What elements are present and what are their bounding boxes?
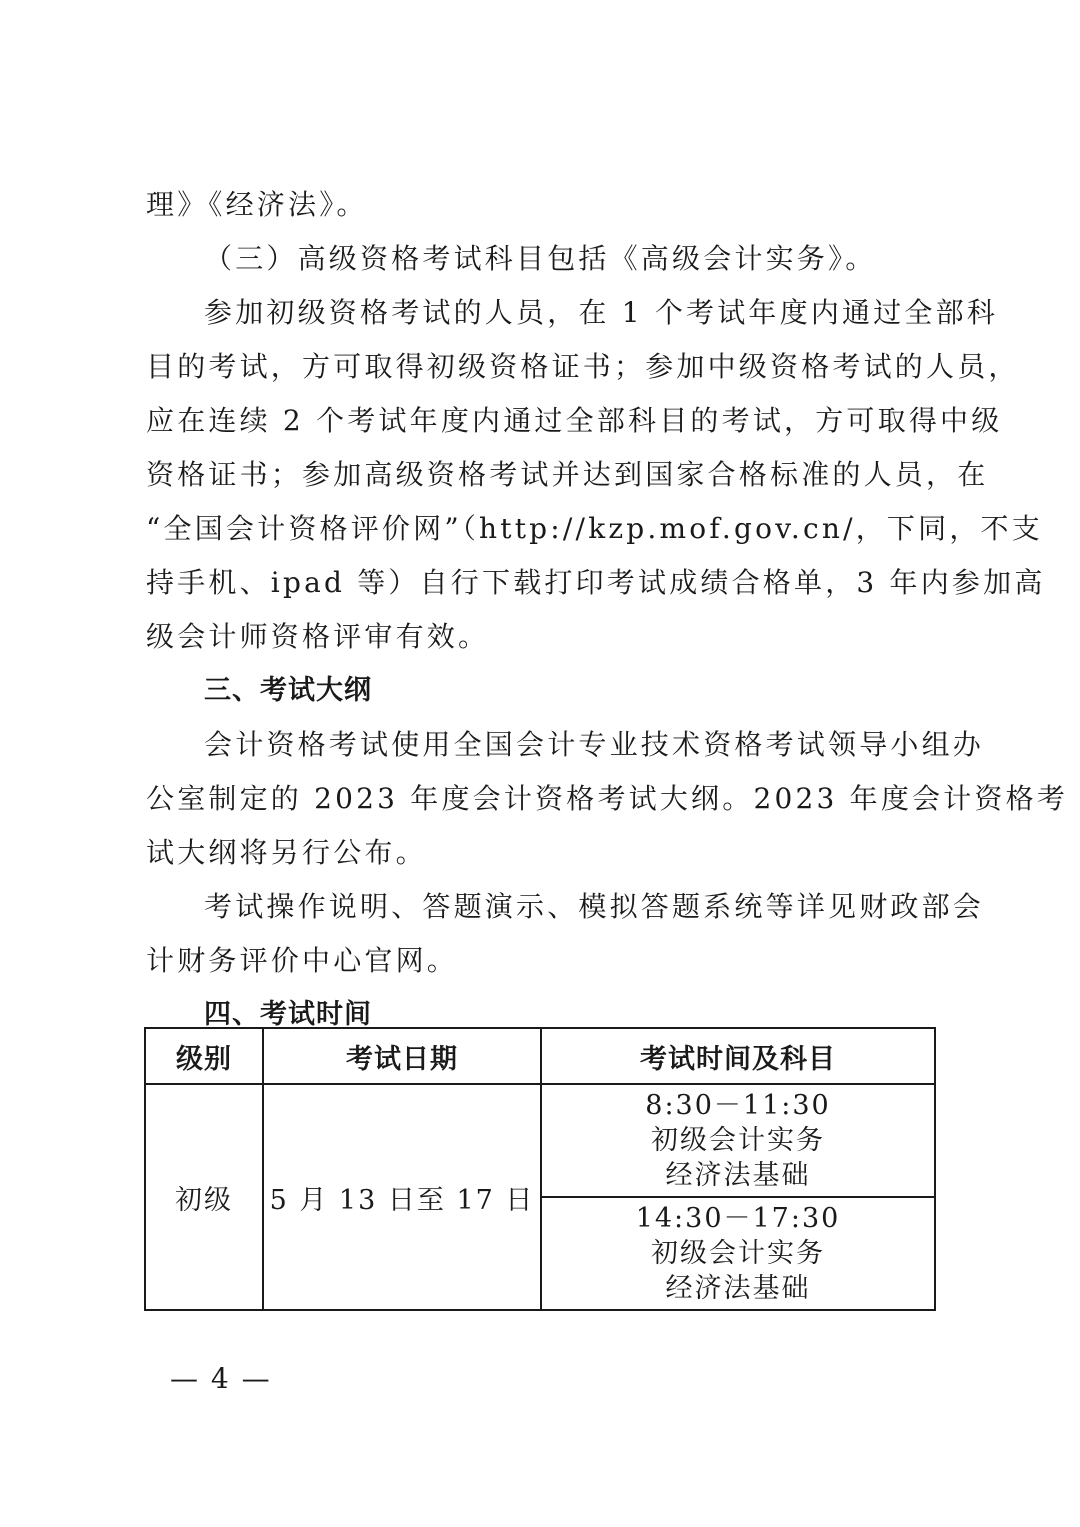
header-date: 考试日期 xyxy=(263,1028,541,1084)
cell-time-slot: 14:30－17:30 初级会计实务 经济法基础 xyxy=(541,1197,935,1310)
body-line: 目的考试，方可取得初级资格证书；参加中级资格考试的人员， xyxy=(146,340,936,394)
body-line: “全国会计资格评价网”（http://kzp.mof.gov.cn/，下同，不支 xyxy=(146,502,936,556)
body-line: 考试操作说明、答题演示、模拟答题系统等详见财政部会 xyxy=(146,880,936,934)
slot-time: 14:30－17:30 xyxy=(542,1201,934,1236)
header-time-subjects: 考试时间及科目 xyxy=(541,1028,935,1084)
slot-subject: 初级会计实务 xyxy=(542,1123,934,1158)
body-line: 会计资格考试使用全国会计专业技术资格考试领导小组办 xyxy=(146,718,936,772)
table-row: 初级 5 月 13 日至 17 日 8:30－11:30 初级会计实务 经济法基… xyxy=(145,1084,935,1197)
cell-level: 初级 xyxy=(145,1084,263,1310)
table-header-row: 级别 考试日期 考试时间及科目 xyxy=(145,1028,935,1084)
slot-subject: 初级会计实务 xyxy=(542,1236,934,1271)
exam-schedule-table: 级别 考试日期 考试时间及科目 初级 5 月 13 日至 17 日 8:30－1… xyxy=(144,1027,936,1311)
section-heading-syllabus: 三、考试大纲 xyxy=(146,664,936,718)
slot-time: 8:30－11:30 xyxy=(542,1088,934,1123)
slot-subject: 经济法基础 xyxy=(542,1158,934,1193)
slot-subject: 经济法基础 xyxy=(542,1271,934,1306)
document-page: 理》《经济法》。 （三）高级资格考试科目包括《高级会计实务》。 参加初级资格考试… xyxy=(146,178,936,1042)
body-line: 理》《经济法》。 xyxy=(146,178,936,232)
body-line: 试大纲将另行公布。 xyxy=(146,826,936,880)
body-line: 应在连续 2 个考试年度内通过全部科目的考试，方可取得中级 xyxy=(146,394,936,448)
body-line: 计财务评价中心官网。 xyxy=(146,934,936,988)
body-line: 参加初级资格考试的人员，在 1 个考试年度内通过全部科 xyxy=(146,286,936,340)
body-line: 资格证书；参加高级资格考试并达到国家合格标准的人员，在 xyxy=(146,448,936,502)
body-line: 级会计师资格评审有效。 xyxy=(146,610,936,664)
body-line: 持手机、ipad 等）自行下载打印考试成绩合格单，3 年内参加高 xyxy=(146,556,936,610)
page-number: — 4 — xyxy=(170,1362,272,1395)
cell-time-slot: 8:30－11:30 初级会计实务 经济法基础 xyxy=(541,1084,935,1197)
header-level: 级别 xyxy=(145,1028,263,1084)
body-line: （三）高级资格考试科目包括《高级会计实务》。 xyxy=(146,232,936,286)
cell-date: 5 月 13 日至 17 日 xyxy=(263,1084,541,1310)
body-line: 公室制定的 2023 年度会计资格考试大纲。2023 年度会计资格考 xyxy=(146,772,936,826)
